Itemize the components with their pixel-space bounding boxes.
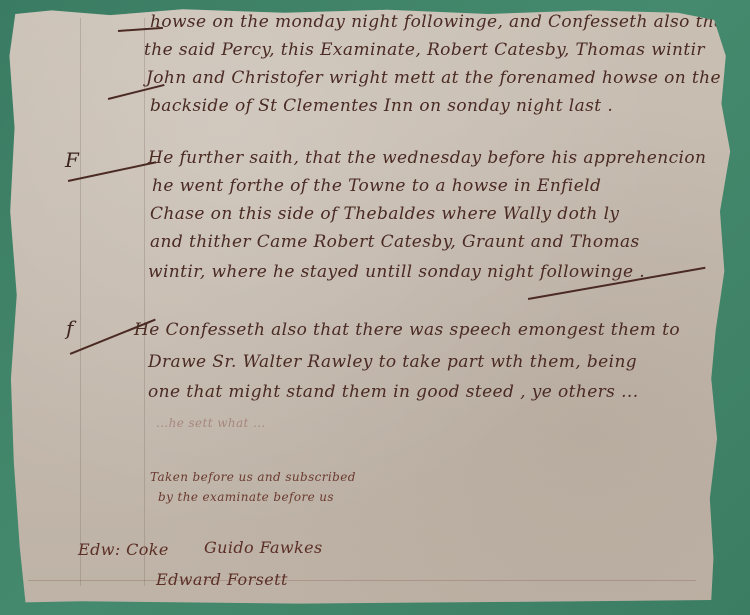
paragraph-3-line-2: Drawe Sr. Walter Rawley to take part wth… — [148, 352, 637, 372]
attestation-line-1: Taken before us and subscribed — [150, 470, 356, 484]
signature-examinate: Guido Fawkes — [204, 538, 323, 557]
paragraph-1-line-1: howse on the monday night followinge, an… — [150, 12, 732, 32]
paragraph-3-line-1: He Confesseth also that there was speech… — [134, 320, 680, 340]
attestation-line-2: by the examinate before us — [158, 490, 334, 504]
paragraph-1-line-3: John and Christofer wright mett at the f… — [146, 68, 721, 88]
signature-coke: Edw: Coke — [78, 540, 169, 559]
paragraph-1-line-4: backside of St Clementes Inn on sonday n… — [150, 96, 613, 116]
manuscript-page: howse on the monday night followinge, an… — [8, 8, 736, 606]
margin-fold-line — [80, 18, 81, 586]
paragraph-2-line-4: and thither Came Robert Catesby, Graunt … — [150, 232, 640, 252]
margin-flourish — [68, 161, 156, 181]
margin-ruled-line — [144, 18, 145, 586]
paragraph-2-line-5: wintir, where he stayed untill sonday ni… — [148, 262, 645, 282]
margin-mark-f: F — [65, 148, 79, 172]
paragraph-2-line-2: he went forthe of the Towne to a howse i… — [152, 176, 601, 196]
paragraph-3-line-3: one that might stand them in good steed … — [148, 382, 639, 402]
faint-deleted-note: ...he sett what ... — [156, 416, 266, 430]
margin-mark-f: f — [66, 316, 73, 340]
signature-forsett: Edward Forsett — [156, 570, 288, 589]
paragraph-1-line-2: the said Percy, this Examinate, Robert C… — [144, 40, 705, 60]
paragraph-2-line-3: Chase on this side of Thebaldes where Wa… — [150, 204, 619, 224]
bottom-fold-line — [28, 580, 696, 581]
paragraph-2-line-1: He further saith, that the wednesday bef… — [148, 148, 706, 168]
